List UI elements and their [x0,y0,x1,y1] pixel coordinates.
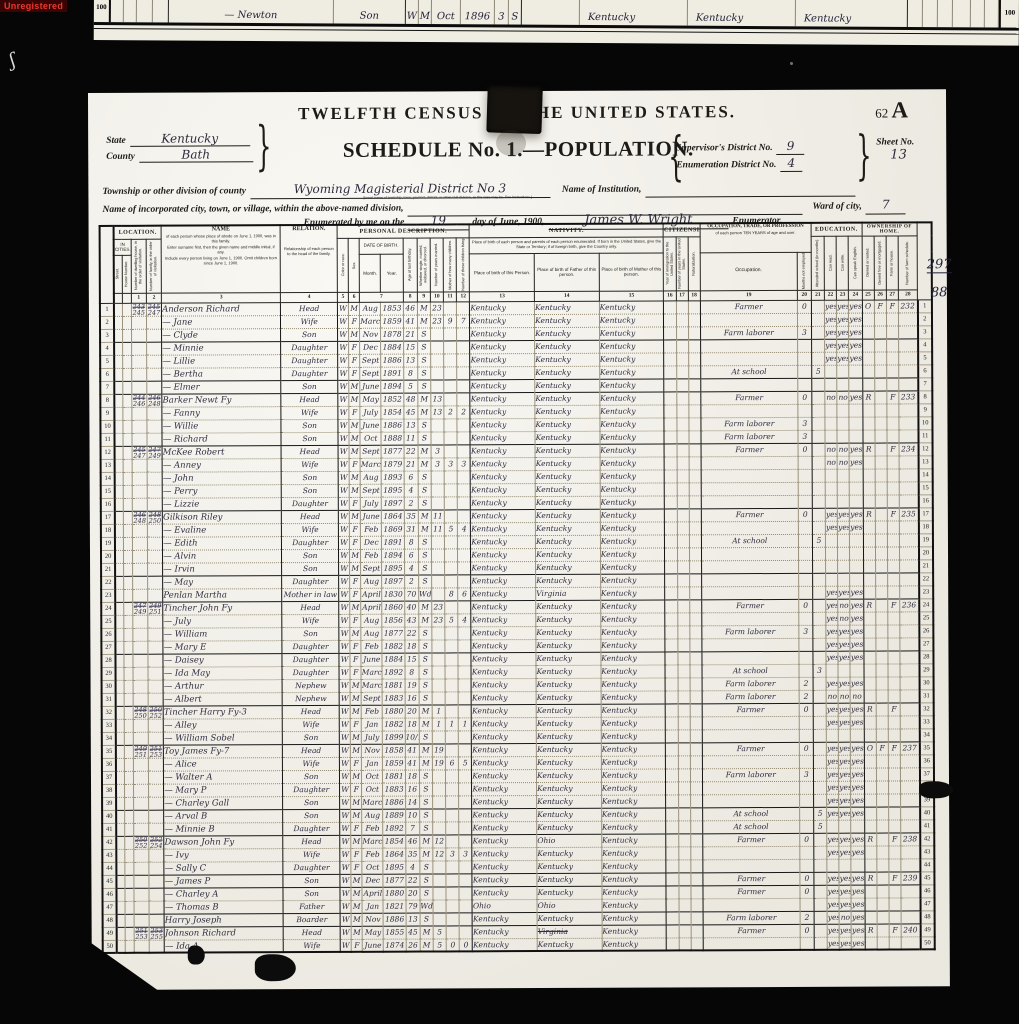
cell-fno [899,456,918,469]
cell-year: 1896 [461,0,495,24]
cell-c: W [338,471,349,484]
cell-n: 7 [100,381,114,394]
cell-yr: 1864 [382,510,404,523]
cell-age: 13 [406,913,420,926]
cell-hn [125,901,134,914]
cell-sch [813,599,826,612]
cell-rd: yes [827,846,839,859]
cell-fh [886,339,898,352]
cell-pm: Kentucky [599,314,664,327]
cell-ym [431,484,444,497]
cell-fm: 251253 [148,745,163,758]
cell-cl [458,549,471,562]
cell-pf: Kentucky [536,652,601,665]
cell-fh: F [887,443,899,456]
cell-pb: Kentucky [471,548,536,561]
cell-mc: 3 [446,848,459,861]
cell-dw [132,407,147,420]
cell-rd [827,820,839,833]
cell-name: — Perry [162,485,281,499]
cell-en [850,573,863,586]
cell-m: S [418,432,431,445]
cell-hn [124,628,133,641]
cell-sch [813,703,826,716]
cell-fh [888,716,900,729]
cell-n: 12 [101,446,115,459]
cell-pb: Kentucky [471,587,536,600]
cell-pf: Kentucky [535,483,600,496]
cell-fmg [876,638,888,651]
cell-s: F [350,536,361,549]
cell-mo: Jan [362,900,383,913]
cell-age: 8 [403,367,417,380]
cell-mne [799,820,813,833]
cell-sch [814,911,827,924]
cell-en: yes [850,638,863,651]
cell-wr [839,859,851,872]
cell-s: M [349,419,360,432]
cell-s: F [350,614,361,627]
cell-yr: 1884 [381,341,403,354]
cell-n: 41 [102,823,116,836]
cell-im [664,405,676,418]
col-number: 9 [417,292,430,302]
cell-yu [677,509,689,522]
cell-rel: Head [281,445,338,458]
cell-wr [837,469,849,482]
cell-cl [457,497,470,510]
cell-sch [812,547,825,560]
cell-dw: 245247 [132,446,147,459]
cell-st [115,576,123,589]
cell-pm: Kentucky [601,834,666,847]
census-table-body: 1243245245247Anderson RichardHeadWMAug18… [100,300,935,954]
cell-yu [679,925,691,938]
cell-yr: 1895 [383,861,405,874]
cell-yr: 1888 [381,432,403,445]
cell-nr: 35 [919,742,933,755]
col-number: 8 [403,292,417,302]
cell-fmg [875,547,887,560]
cell-n: 18 [101,524,115,537]
cell-st [115,615,123,628]
cell-cl: 5 [459,757,472,770]
cell-m: S [420,861,433,874]
cell-c: W [339,679,350,692]
cell-occ: Farmer [703,872,800,885]
cell-n: 1 [100,303,114,316]
cell-mne [798,404,812,417]
cell-cl [459,822,472,835]
cell-cl [458,666,471,679]
cell-name: — Ida May [163,667,282,681]
cell-rd [825,417,837,430]
cell-age: 16 [405,692,419,705]
cell-s: M [350,562,361,575]
cell-c: W [338,432,349,445]
cell-st [116,680,124,693]
cell-en [850,560,863,573]
cell-pf: Kentucky [536,613,601,626]
cell-nr: 45 [920,872,934,885]
cell-sch [812,482,825,495]
col-number: 15 [599,291,664,301]
cell-color: W [406,0,419,24]
cell-name: — James P [164,875,283,889]
cell-fno [899,469,918,482]
cell-pm: Kentucky [601,613,666,626]
cell-fno [898,313,917,326]
cell-yr: 1886 [383,796,405,809]
cell-pm: Kentucky [600,496,665,509]
cell-name: — May [163,576,282,590]
cell-occ: At school [702,807,799,820]
cell-hn [124,706,133,719]
cell-cl [459,861,472,874]
cell-m: S [419,627,432,640]
cell-m: Wd [418,588,431,601]
cell-im [664,431,676,444]
cell-rel: Wife [283,848,340,861]
cell-mo: March [360,315,381,328]
cell-yr: 1864 [383,848,405,861]
cell-fh [888,638,900,651]
cell-wr [837,430,849,443]
cell-na [690,743,702,756]
cell-hn [123,433,132,446]
cell-mne [798,586,812,599]
cell-rel: Father [283,900,340,913]
cell-fm [147,550,162,563]
cell-pm: Kentucky [600,600,665,613]
cell-relation: Son [334,0,406,24]
cell-c: W [340,848,351,861]
cell-st [115,563,123,576]
cell-nr: 36 [919,755,933,768]
cell-rel: Wife [283,718,340,731]
cell-age: 13 [403,354,417,367]
cell-cl: 6 [458,588,471,601]
cell-pb: Kentucky [470,392,535,405]
cell-st [117,940,125,953]
cell-sch [813,729,826,742]
cell-fno [901,937,920,950]
cell-pf: Kentucky [536,691,601,704]
cell-age: 15 [403,341,417,354]
cell-occ: Farm laborer [701,430,798,443]
cell-mne [798,456,812,469]
cell-rd [827,859,839,872]
cell-yu [677,613,689,626]
cell-yr: 1886 [381,354,403,367]
cell-yr: 1899 [383,731,405,744]
cell-yu [676,301,688,314]
cell-na [690,769,702,782]
cell-m: S [417,328,430,341]
cell-nr: 19 [919,534,933,547]
cell-hn [123,485,132,498]
cell-c: W [338,393,349,406]
cell-m: M [418,458,431,471]
cell-sch [812,508,825,521]
cell-fno [900,781,919,794]
cell-fno [899,404,918,417]
cell-or [864,664,876,677]
cell-fmg [875,404,887,417]
cell-pb: Kentucky [472,873,537,886]
cell-st [116,836,124,849]
cell-pm: Kentucky [599,327,664,340]
cell-na [688,301,700,314]
cell-yr: 1883 [383,783,405,796]
cell-or [863,521,875,534]
cell-fm [147,498,162,511]
cell-m: S [420,913,433,926]
cell-dw [132,459,147,472]
cell-mc [444,354,457,367]
cell-mne [798,365,812,378]
cell-age: 7 [405,822,419,835]
cell-mo: Dec [360,341,381,354]
cell-rel: Wife [281,406,338,419]
cell-nr: 18 [918,521,932,534]
cell-or [863,469,875,482]
cell-st [117,927,125,940]
cell-n: 22 [101,576,115,589]
cell-pb: Kentucky [471,535,536,548]
page-number-value: 62 [875,106,888,121]
cell-sch [814,885,827,898]
cell-occ: Farmer [701,443,798,456]
cell-rel: Wife [283,757,340,770]
cell-ym: 3 [431,458,444,471]
cell-rd [826,534,838,547]
cell-fh [889,898,901,911]
cell-pb: Kentucky [472,782,537,795]
cell-rd: yes [826,612,838,625]
cell-rd: yes [825,300,837,313]
cell-rel: Son [282,549,339,562]
cell-st [115,537,123,550]
cell-hn [124,667,133,680]
cell-nr: 44 [920,859,934,872]
cell-fm [148,784,163,797]
cell-m: S [418,497,431,510]
cell-fh: F [889,833,901,846]
cell-c: W [338,328,349,341]
cell-mc [446,809,459,822]
cell-rel: Son [282,562,339,575]
cell-fm [147,420,162,433]
cell-pb: Kentucky [471,639,536,652]
cell-name: — Alley [163,719,282,733]
cell-na [690,678,702,691]
cell-age: 26 [406,939,420,952]
cell-im [666,743,678,756]
cell-yr: 1892 [383,822,405,835]
cell-cl [457,419,470,432]
cell-or: R [865,924,877,937]
group-location: LOCATION. [114,226,162,239]
cell-c: W [339,601,350,614]
cell-pm: Kentucky [601,821,666,834]
cell-n: 11 [100,433,114,446]
cell-ym [431,354,444,367]
col-number: 12 [457,292,470,302]
cell-s: M [349,328,360,341]
cell-or [863,651,875,664]
cell-na [690,626,702,639]
cell-s: F [349,458,360,471]
cell-en: yes [850,625,863,638]
cell-wr: yes [839,885,851,898]
cell-rel: Nephew [282,679,339,692]
cell-rd: yes [827,872,839,885]
cell-mc [445,692,458,705]
cell-mc [443,302,456,315]
col-number: 14 [534,291,599,301]
cell-im [664,301,676,314]
cell-rel: Daughter [283,822,340,835]
group-education: EDUCATION. [811,223,862,236]
cell-fh [888,664,900,677]
cell-occ: Farm laborer [702,677,799,690]
cell-s: M [350,549,361,562]
cell-nr: 14 [918,469,932,482]
cell-age: 11 [404,432,418,445]
cell-pf: Kentucky [535,509,600,522]
header-naturalization: Naturalization. [688,236,700,290]
cell-wr [838,534,850,547]
cell-nr: 26 [919,625,933,638]
sheet-block: Sheet No. 13 [876,137,914,162]
cell-im [665,587,677,600]
cell-m: M [420,835,433,848]
cell-yr: 1895 [382,484,404,497]
cell-pm: Kentucky [600,392,665,405]
cell-m: S [418,367,431,380]
cell-c: W [340,913,351,926]
cell-c: W [340,783,351,796]
cell-fno: 240 [901,924,920,937]
cell-sch [813,560,826,573]
cell-m: S [417,354,430,367]
cell-or [864,716,876,729]
cell-en: yes [849,326,862,339]
cell-hn [123,459,132,472]
cell-age: 4 [406,861,420,874]
cell-yu [678,717,690,730]
cell-name: — Ida A [164,940,283,954]
cell-or: R [864,703,876,716]
cell-fno: 238 [901,833,920,846]
cell-yu [679,899,691,912]
cell-m: M [419,705,432,718]
cell-sch [812,430,825,443]
cell-sch [813,755,826,768]
cell-pm: Kentucky [601,808,666,821]
cell-im [666,860,678,873]
cell-pf: Kentucky [536,717,601,730]
cell-s: F [349,315,360,328]
cell-ym: 1 [432,705,445,718]
cell-yr: 1877 [382,627,404,640]
cell-fm [147,433,162,446]
cell-mne [798,560,812,573]
cell-or [864,781,876,794]
cell-occ [701,547,798,560]
cell-im [665,509,677,522]
cell-c: W [338,523,349,536]
cell-pf: Kentucky [537,769,602,782]
cell-fno [900,729,919,742]
cell-rel: Daughter [282,640,339,653]
cell-sch [813,781,826,794]
cell-hn [124,654,133,667]
cell-pb: Kentucky [472,717,537,730]
cell-dw [133,654,148,667]
cell-m: M [417,302,430,315]
cell-s: M [350,705,361,718]
cell-fmg [874,352,886,365]
col-number: 17 [676,291,688,301]
cell-st [115,485,123,498]
cell-yr: 1884 [382,653,404,666]
cell-na [688,392,700,405]
cell-fmg [876,768,888,781]
header-dwelling-number: Number of dwelling house, in the order o… [131,239,146,293]
cell-fno [899,482,918,495]
cell-yu [676,379,688,392]
cell-sch [813,677,826,690]
cell-fh [886,352,898,365]
cell-pf: Kentucky [537,938,602,951]
cell-cl [457,380,470,393]
cell-cl: 3 [459,848,472,861]
cell-rel: Son [282,627,339,640]
cell-rel: Son [281,432,338,445]
district-block: Supervisor's District No. 9 Enumeration … [676,138,804,173]
cell-mne: 3 [799,625,813,638]
cell-fm [148,771,163,784]
cell-occ: At school [700,365,797,378]
cell-mc [446,835,459,848]
cell-mc [445,705,458,718]
cell-occ [702,716,799,729]
cell-fm [149,914,164,927]
cell-rd [825,430,837,443]
cell-na [690,834,702,847]
state-label: State [106,136,126,146]
cell-im [667,912,679,925]
col-number: 21 [811,290,824,300]
cell-n: 40 [102,810,116,823]
cell-pf: Kentucky [535,340,600,353]
cell-occ: Farmer [701,508,798,521]
cell-hn [125,875,134,888]
cell-st [114,368,122,381]
cell-en [850,664,863,677]
cell-or [862,365,874,378]
cell-hn [123,602,132,615]
cell-fno [900,625,919,638]
cell-fno [900,690,919,703]
cell-mo: Oct [360,432,381,445]
cell-yu [678,860,690,873]
cell-age: 16 [405,783,419,796]
cell-mc [445,653,458,666]
cell-im [665,535,677,548]
